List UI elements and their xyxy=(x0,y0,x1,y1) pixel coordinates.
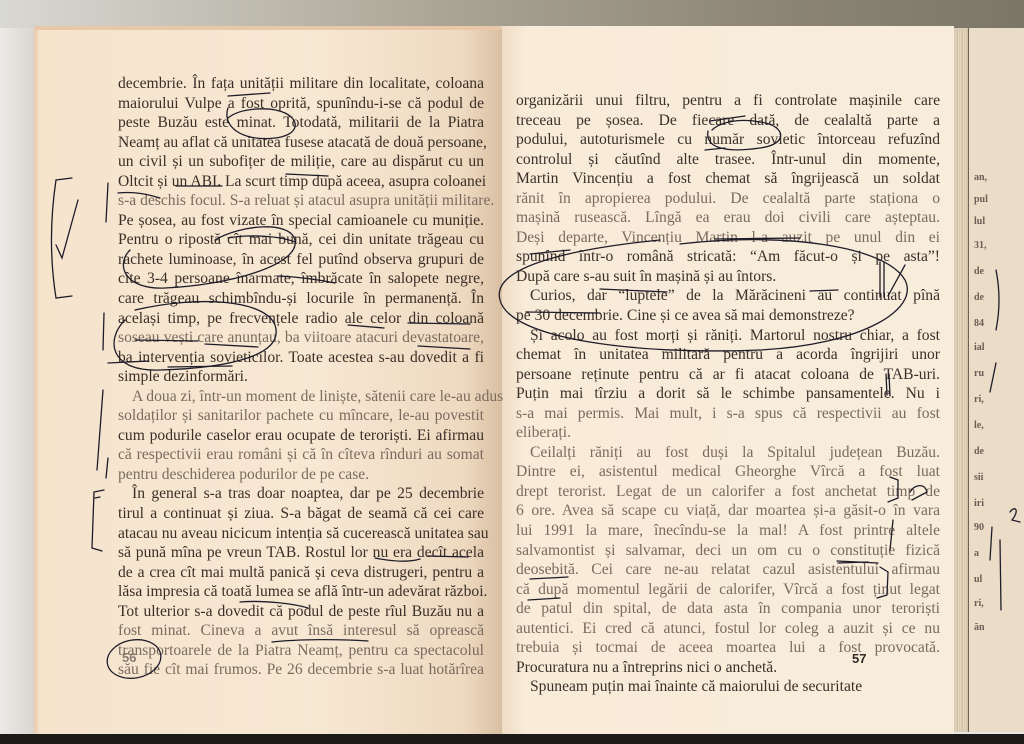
text-line: chemat în unitatea militară pentru a aco… xyxy=(516,345,940,365)
fragment: 90 xyxy=(974,522,984,534)
text-line: După care s-au suit în mașină și au înto… xyxy=(516,267,940,287)
text-line: lui 1991 la mare, înecîndu-se la mal! A … xyxy=(516,521,940,541)
fragment: a xyxy=(974,548,979,560)
text-line: același timp, pe frecvențele radio ale c… xyxy=(118,309,484,329)
text-line: un civil și un subofițer de miliție, car… xyxy=(118,152,484,172)
text-line: maiorului Vulpe a fost oprită, spunîndu-… xyxy=(118,94,484,114)
scan-bottom-edge xyxy=(0,734,1024,744)
text-line: pentru deschiderea podurilor de pe case. xyxy=(118,465,484,485)
page-stack-edges xyxy=(954,28,968,732)
text-line: Neamț au aflat că unitatea fusese atacat… xyxy=(118,133,484,153)
text-line: podului, autoturismele cu număr sovietic… xyxy=(516,130,940,150)
fragment: ri, xyxy=(974,598,984,610)
text-line: controlul și căutînd alte trasee. Într-u… xyxy=(516,150,940,170)
text-line: lăsa impresia că toată lumea se află înt… xyxy=(118,582,484,602)
text-line: peste Buzău este minat. Totodată, milita… xyxy=(118,113,484,133)
text-line: atacau nu aveau nicicum intenția să cuce… xyxy=(118,524,484,544)
text-line: s-a deschis focul. S-a reluat și atacul … xyxy=(118,191,484,211)
text-line: că respectivii erau români și că în cîte… xyxy=(118,445,484,465)
text-line: decembrie. În fața unității militare din… xyxy=(118,74,484,94)
text-line: Ceilalți răniți au fost duși la Spitalul… xyxy=(516,443,940,463)
text-line: care trăgeau schimbîndu-și locurile în p… xyxy=(118,289,484,309)
text-line: ba intervenția sovieticilor. Toate acest… xyxy=(118,348,484,368)
text-line: organizării unui filtru, pentru a fi con… xyxy=(516,91,940,111)
text-line: cum podurile caselor erau ocupate de ter… xyxy=(118,426,484,446)
text-line: mașină rusească. Lîngă ea erau doi civil… xyxy=(516,208,940,228)
fragment: 84 xyxy=(974,318,984,330)
text-line: rachete luminoase, în acest fel putînd o… xyxy=(118,250,484,270)
fragment: le, xyxy=(974,420,984,432)
text-line: să pună mîna pe vreun TAB. Rostul lor nu… xyxy=(118,543,484,563)
fragment: pul xyxy=(974,194,988,206)
text-line: Și acolo au fost morți și răniți. Martor… xyxy=(516,326,940,346)
text-line: Deși departe, Vincențiu Martin l-a auzit… xyxy=(516,228,940,248)
scan-top-shadow xyxy=(0,0,1024,28)
text-line: Pentru o ripostă cît mai bună, cei din u… xyxy=(118,230,484,250)
text-line: că după momentul legării de calorifer, V… xyxy=(516,580,940,600)
text-line: A doua zi, într-un moment de liniște, să… xyxy=(118,387,484,407)
fragment: 31, xyxy=(974,240,987,252)
text-line: Oltcit și un ABI. La scurt timp după ace… xyxy=(118,172,484,192)
text-line: rănit în apropierea podului. De cealaltă… xyxy=(516,189,940,209)
text-line: salvamontist și salvamar, deci un om cu … xyxy=(516,541,940,561)
text-line: Tot ulterior s-a dovedit că podul de pes… xyxy=(118,602,484,622)
text-line: Puțin mai tîrziu a dorit să le schimbe p… xyxy=(516,384,940,404)
scanner-background xyxy=(0,0,36,744)
fragment: ial xyxy=(974,342,985,354)
fragment: de xyxy=(974,266,984,278)
text-line: Dintre ei, asistentul medical Gheorghe V… xyxy=(516,462,940,482)
fragment: iri xyxy=(974,498,984,510)
text-line: Curios, dar “luptele” de la Mărăcineni a… xyxy=(516,286,940,306)
text-line: treceau pe șosea. De fiecare dată, de ce… xyxy=(516,111,940,131)
text-line: tirul a continuat și ziua. S-a băgat de … xyxy=(118,504,484,524)
text-line: spunînd într-o română stricată: “Am făcu… xyxy=(516,247,940,267)
text-line: soldaților și sanitarilor pachete cu mîn… xyxy=(118,406,484,426)
fragment: sii xyxy=(974,472,983,484)
fragment: ri, xyxy=(974,394,984,406)
text-line: s-a mai permis. Mai mult, i s-a spus că … xyxy=(516,404,940,424)
text-line: Procuratura nu a întreprins nici o anche… xyxy=(516,658,940,678)
fragment: ul xyxy=(974,574,982,586)
page-number-left: 56 xyxy=(122,650,136,665)
text-line: transportoarele de la Piatra Neamț, pent… xyxy=(118,641,484,661)
text-line: său fie cît mai frumos. Pe 26 decembrie … xyxy=(118,660,484,680)
left-page-text: decembrie. În fața unității militare din… xyxy=(118,74,484,680)
text-line: Martin Vincențiu a fost chemat să îngrij… xyxy=(516,169,940,189)
text-line: deosebită. Cei care ne-au relatat cazul … xyxy=(516,560,940,580)
text-line: pe 30 decembrie. Cine și ce avea să mai … xyxy=(516,306,940,326)
text-line: trebuia și tocmai de aceea moartea lui a… xyxy=(516,638,940,658)
text-line: cîte 3-4 persoane înarmate, îmbrăcate în… xyxy=(118,269,484,289)
text-line: autentici. Ei cred că atunci, fostul lor… xyxy=(516,619,940,639)
fragment: an, xyxy=(974,172,987,184)
text-line: fost minat. Cineva a avut însă interesul… xyxy=(118,621,484,641)
text-line: Spuneam puțin mai înainte că maiorului d… xyxy=(516,677,940,697)
text-line: soseau vești care anunțau, ba viitoare a… xyxy=(118,328,484,348)
text-line: de a crea cît mai multă panică și ceva d… xyxy=(118,563,484,583)
fragment: ān xyxy=(974,622,985,634)
text-line: drept terorist. Legat de un calorifer a … xyxy=(516,482,940,502)
text-line: simple dezinformări. xyxy=(118,367,484,387)
fragment: de xyxy=(974,446,984,458)
fragment: de xyxy=(974,292,984,304)
page-number-right: 57 xyxy=(852,651,866,666)
text-line: de patul din spital, de data asta în com… xyxy=(516,599,940,619)
right-page-text: organizării unui filtru, pentru a fi con… xyxy=(516,91,940,697)
text-line: persoane reținute pentru că ar fi atacat… xyxy=(516,365,940,385)
text-line: eliberați. xyxy=(516,423,940,443)
text-line: Pe șosea, au fost vizate în special cami… xyxy=(118,211,484,231)
fragment: lul xyxy=(974,216,985,228)
text-line: În general s-a tras doar noaptea, dar pe… xyxy=(118,484,484,504)
text-line: 6 ore. Avea să scape cu viață, dar moart… xyxy=(516,501,940,521)
fragment: ru xyxy=(974,368,984,380)
